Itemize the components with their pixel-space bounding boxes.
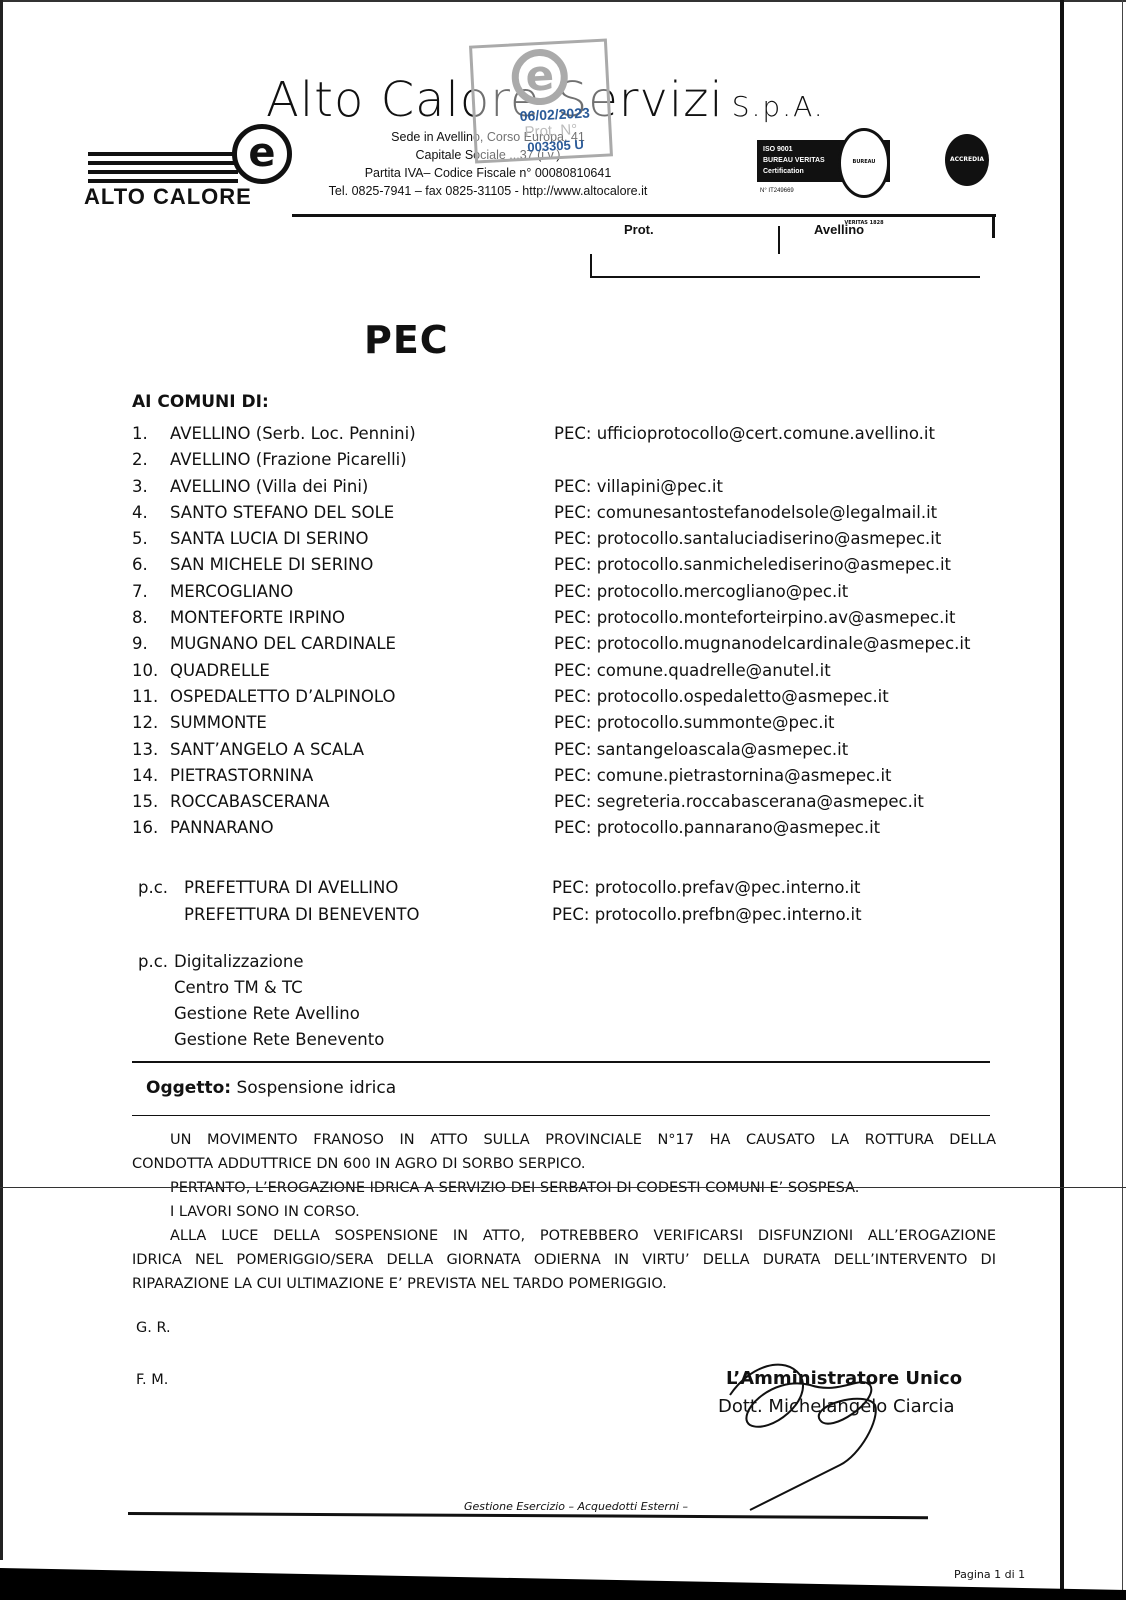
recipient-pec: PEC: comune.pietrastornina@asmepec.it [554, 766, 892, 785]
subject: Oggetto: Sospensione idrica [146, 1078, 396, 1098]
stamp-e-icon: e [510, 48, 569, 107]
scan-edge-top [0, 0, 1126, 2]
recipient-name: MUGNANO DEL CARDINALE [170, 634, 396, 653]
recipient-name: SANTA LUCIA DI SERINO [170, 529, 368, 548]
city-label: Avellino [814, 222, 864, 237]
company-logo: e ALTO CALORE [84, 124, 274, 214]
recipient-pec: PEC: protocollo.mugnanodelcardinale@asme… [554, 634, 970, 653]
header-rule [292, 214, 996, 217]
recipient-name: AVELLINO (Serb. Loc. Pennini) [170, 424, 416, 443]
stamp-date: 06/02/2023 [519, 104, 590, 124]
recipient-row: 16.PANNARANOPEC: protocollo.pannarano@as… [132, 818, 1012, 844]
recipients-list: 1.AVELLINO (Serb. Loc. Pennini)PEC: uffi… [132, 424, 1012, 845]
subject-value: Sospensione idrica [236, 1078, 396, 1098]
cc-name: Digitalizzazione [174, 952, 303, 971]
cc-name: Gestione Rete Avellino [174, 1004, 360, 1023]
recipient-row: 13.SANT’ANGELO A SCALAPEC: santangeloasc… [132, 740, 1012, 766]
document-title: PEC [364, 318, 449, 362]
recipient-name: PIETRASTORNINA [170, 766, 313, 785]
recipient-number: 3. [132, 477, 170, 496]
accredia-logo-icon: ACCREDIA [945, 134, 989, 186]
recipient-pec: PEC: protocollo.mercogliano@pec.it [554, 582, 848, 601]
recipient-pec: PEC: protocollo.monteforteirpino.av@asme… [554, 608, 955, 627]
body-line: IDRICA NEL POMERIGGIO/SERA DELLA GIORNAT… [132, 1248, 996, 1272]
recipient-pec: PEC: protocollo.sanmichelediserino@asmep… [554, 555, 951, 574]
subject-rule-top [132, 1061, 990, 1063]
letter-body: UN MOVIMENTO FRANOSO IN ATTO SULLA PROVI… [132, 1128, 996, 1296]
footer-department: Gestione Esercizio – Acquedotti Esterni … [464, 1500, 688, 1513]
recipient-name: AVELLINO (Villa dei Pini) [170, 477, 368, 496]
body-line: I LAVORI SONO IN CORSO. [132, 1200, 996, 1224]
prot-box-edge [590, 276, 980, 278]
recipient-number: 13. [132, 740, 170, 759]
cc-pec: PEC: protocollo.prefbn@pec.interno.it [552, 905, 862, 924]
recipient-row: 4.SANTO STEFANO DEL SOLEPEC: comunesanto… [132, 503, 1012, 529]
recipient-row: 6.SAN MICHELE DI SERINOPEC: protocollo.s… [132, 555, 1012, 581]
recipient-row: 5.SANTA LUCIA DI SERINOPEC: protocollo.s… [132, 529, 1012, 555]
recipient-pec: PEC: segreteria.roccabascerana@asmepec.i… [554, 792, 924, 811]
recipient-pec: PEC: protocollo.pannarano@asmepec.it [554, 818, 880, 837]
body-line: CONDOTTA ADDUTTRICE DN 600 IN AGRO DI SO… [132, 1152, 996, 1176]
cc-prefetture: p.c. PREFETTURA DI AVELLINO PEC: protoco… [138, 878, 1018, 932]
recipient-number: 2. [132, 450, 170, 469]
recipient-pec: PEC: santangeloascala@asmepec.it [554, 740, 848, 759]
scan-edge-right [1060, 0, 1064, 1590]
recipient-row: 14.PIETRASTORNINAPEC: comune.pietrastorn… [132, 766, 1012, 792]
recipient-pec: PEC: protocollo.ospedaletto@asmepec.it [554, 687, 889, 706]
recipient-name: SUMMONTE [170, 713, 267, 732]
cc-name: PREFETTURA DI AVELLINO [184, 878, 398, 897]
recipient-number: 6. [132, 555, 170, 574]
subject-label: Oggetto: [146, 1078, 231, 1098]
body-line: ALLA LUCE DELLA SOSPENSIONE IN ATTO, POT… [132, 1224, 996, 1248]
recipient-row: 1.AVELLINO (Serb. Loc. Pennini)PEC: uffi… [132, 424, 1012, 450]
initials: G. R. [136, 1320, 171, 1336]
scan-edge-left [0, 0, 3, 1560]
recipient-row: 3.AVELLINO (Villa dei Pini)PEC: villapin… [132, 477, 1012, 503]
address-line: Partita IVA– Codice Fiscale n° 000808106… [288, 164, 688, 182]
recipient-name: SAN MICHELE DI SERINO [170, 555, 373, 574]
cc-row: PREFETTURA DI BENEVENTO PEC: protocollo.… [138, 905, 1018, 932]
recipient-pec: PEC: comunesantostefanodelsole@legalmail… [554, 503, 937, 522]
recipient-name: MONTEFORTE IRPINO [170, 608, 345, 627]
recipient-number: 14. [132, 766, 170, 785]
scan-artifact-line [0, 1187, 1126, 1188]
recipient-row: 12.SUMMONTEPEC: protocollo.summonte@pec.… [132, 713, 1012, 739]
recipient-row: 2.AVELLINO (Frazione Picarelli) [132, 450, 1012, 476]
logo-e-icon: e [232, 124, 292, 184]
recipient-number: 15. [132, 792, 170, 811]
cc-name: Gestione Rete Benevento [174, 1030, 384, 1049]
protocol-stamp: e 06/02/2023 Prot. N° 003305 U [469, 38, 613, 163]
recipient-number: 12. [132, 713, 170, 732]
recipient-number: 7. [132, 582, 170, 601]
prot-box-edge [590, 254, 592, 278]
recipient-pec: PEC: ufficioprotocollo@cert.comune.avell… [554, 424, 935, 443]
recipient-number: 16. [132, 818, 170, 837]
recipient-row: 9.MUGNANO DEL CARDINALEPEC: protocollo.m… [132, 634, 1012, 660]
recipient-name: SANTO STEFANO DEL SOLE [170, 503, 394, 522]
recipient-pec: PEC: villapini@pec.it [554, 477, 723, 496]
recipient-number: 5. [132, 529, 170, 548]
recipient-name: ROCCABASCERANA [170, 792, 330, 811]
initials: F. M. [136, 1372, 168, 1388]
cc-label: p.c. [138, 878, 168, 897]
recipient-name: OSPEDALETTO D’ALPINOLO [170, 687, 395, 706]
recipient-number: 11. [132, 687, 170, 706]
company-suffix: S.p.A. [732, 90, 825, 123]
recipient-name: SANT’ANGELO A SCALA [170, 740, 364, 759]
cc-pec: PEC: protocollo.prefav@pec.interno.it [552, 878, 861, 897]
recipient-row: 7.MERCOGLIANOPEC: protocollo.mercogliano… [132, 582, 1012, 608]
recipient-pec: PEC: comune.quadrelle@anutel.it [554, 661, 831, 680]
body-line: UN MOVIMENTO FRANOSO IN ATTO SULLA PROVI… [132, 1128, 996, 1152]
recipient-name: PANNARANO [170, 818, 274, 837]
handwritten-signature-icon [690, 1345, 950, 1515]
prot-label: Prot. [624, 222, 654, 237]
recipient-row: 11.OSPEDALETTO D’ALPINOLOPEC: protocollo… [132, 687, 1012, 713]
recipient-name: MERCOGLIANO [170, 582, 293, 601]
logo-lines-icon [88, 152, 238, 188]
page-number: Pagina 1 di 1 [954, 1568, 1025, 1581]
recipient-number: 9. [132, 634, 170, 653]
recipient-row: 8.MONTEFORTE IRPINOPEC: protocollo.monte… [132, 608, 1012, 634]
stamp-number: 003305 U [527, 137, 584, 155]
recipient-pec: PEC: protocollo.summonte@pec.it [554, 713, 835, 732]
body-line: RIPARAZIONE LA CUI ULTIMAZIONE E’ PREVIS… [132, 1272, 996, 1296]
recipient-name: QUADRELLE [170, 661, 270, 680]
recipient-number: 8. [132, 608, 170, 627]
recipient-number: 10. [132, 661, 170, 680]
cert-number: N° IT249669 [760, 188, 794, 194]
body-line: PERTANTO, L’EROGAZIONE IDRICA A SERVIZIO… [132, 1176, 996, 1200]
header-rule-tick [992, 214, 995, 238]
cc-name: Centro TM & TC [174, 978, 303, 997]
recipient-row: 10.QUADRELLEPEC: comune.quadrelle@anutel… [132, 661, 1012, 687]
recipient-pec: PEC: protocollo.santaluciadiserino@asmep… [554, 529, 941, 548]
recipients-heading: AI COMUNI DI: [132, 392, 269, 412]
subject-rule-bottom [132, 1115, 990, 1116]
prot-divider [778, 226, 780, 254]
bureau-veritas-seal-icon: BUREAU VERITAS 1828 [838, 128, 890, 198]
cc-row: p.c. PREFETTURA DI AVELLINO PEC: protoco… [138, 878, 1018, 905]
cc-label: p.c. [138, 952, 168, 971]
scan-edge-right-thin [1122, 0, 1123, 1600]
logo-text: ALTO CALORE [84, 184, 252, 210]
address-line: Tel. 0825-7941 – fax 0825-31105 - http:/… [288, 182, 688, 200]
recipient-name: AVELLINO (Frazione Picarelli) [170, 450, 407, 469]
recipient-row: 15.ROCCABASCERANAPEC: segreteria.roccaba… [132, 792, 1012, 818]
recipient-number: 4. [132, 503, 170, 522]
recipient-number: 1. [132, 424, 170, 443]
cc-name: PREFETTURA DI BENEVENTO [184, 905, 419, 924]
